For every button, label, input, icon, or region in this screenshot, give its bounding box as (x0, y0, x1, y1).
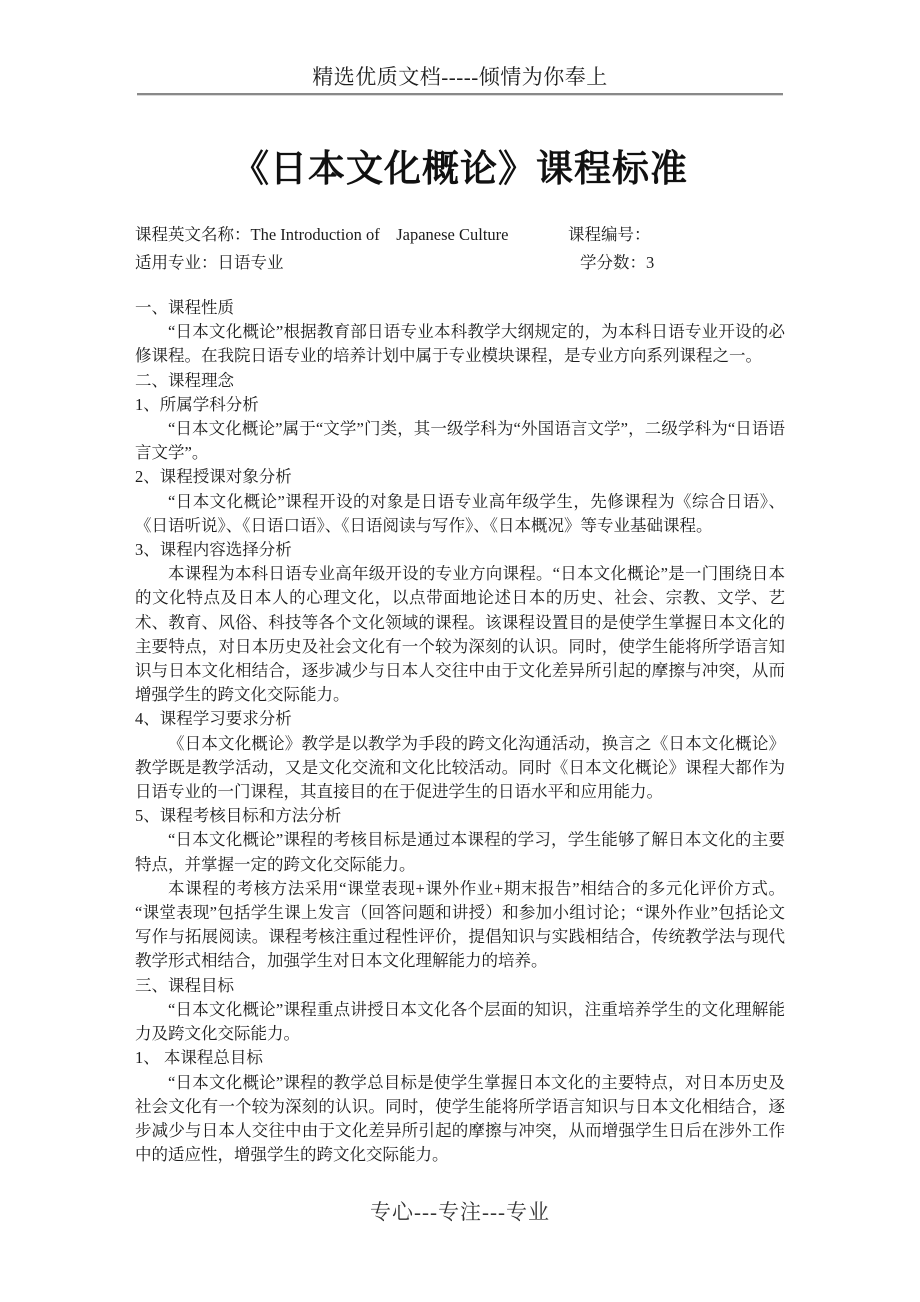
subsection-heading: 2、课程授课对象分析 (135, 465, 785, 489)
subsection-heading: 4、课程学习要求分析 (135, 707, 785, 731)
applicable-major: 适用专业：日语专业 (135, 253, 284, 272)
meta-row-english-name: 课程英文名称：The Introduction of Japanese Cult… (135, 221, 785, 249)
body-paragraph: 本课程为本科日语专业高年级开设的专业方向课程。“日本文化概论”是一门围绕日本的文… (135, 562, 785, 707)
body-paragraph: “日本文化概论”属于“文学”门类，其一级学科为“外国语言文学”，二级学科为“日语… (135, 417, 785, 465)
section-heading: 一、课程性质 (135, 296, 785, 320)
body-paragraph: 《日本文化概论》教学是以教学为手段的跨文化沟通活动，换言之《日本文化概论》教学既… (135, 732, 785, 805)
meta-row-major: 适用专业：日语专业 学分数：3 (135, 249, 785, 277)
header-divider-line (137, 93, 783, 96)
body-paragraph: “日本文化概论”课程重点讲授日本文化各个层面的知识，注重培养学生的文化理解能力及… (135, 998, 785, 1046)
page-header-banner: 精选优质文档-----倾情为你奉上 (0, 61, 920, 91)
body-paragraph: “日本文化概论”课程开设的对象是日语专业高年级学生，先修课程为《综合日语》、《日… (135, 490, 785, 538)
document-body: 一、课程性质 “日本文化概论”根据教育部日语专业本科教学大纲规定的，为本科日语专… (135, 296, 785, 1167)
section-heading: 三、课程目标 (135, 974, 785, 998)
subsection-heading: 1、 本课程总目标 (135, 1046, 785, 1070)
subsection-heading: 1、所属学科分析 (135, 393, 785, 417)
body-paragraph: “日本文化概论”课程的考核目标是通过本课程的学习，学生能够了解日本文化的主要特点… (135, 828, 785, 876)
credit-count: 学分数：3 (580, 249, 654, 277)
body-paragraph: “日本文化概论”课程的教学总目标是使学生掌握日本文化的主要特点，对日本历史及社会… (135, 1071, 785, 1168)
course-meta-block: 课程英文名称：The Introduction of Japanese Cult… (135, 221, 785, 277)
course-english-name: 课程英文名称：The Introduction of Japanese Cult… (135, 225, 508, 244)
document-page: 精选优质文档-----倾情为你奉上 《日本文化概论》课程标准 课程英文名称：Th… (0, 0, 920, 1302)
body-paragraph: “日本文化概论”根据教育部日语专业本科教学大纲规定的，为本科日语专业开设的必修课… (135, 320, 785, 368)
body-paragraph: 本课程的考核方法采用“课堂表现+课外作业+期末报告”相结合的多元化评价方式。“课… (135, 877, 785, 974)
page-footer-banner: 专心---专注---专业 (0, 1196, 920, 1226)
document-title: 《日本文化概论》课程标准 (0, 138, 920, 192)
course-number-label: 课程编号： (568, 221, 651, 249)
subsection-heading: 5、课程考核目标和方法分析 (135, 804, 785, 828)
subsection-heading: 3、课程内容选择分析 (135, 538, 785, 562)
section-heading: 二、课程理念 (135, 369, 785, 393)
